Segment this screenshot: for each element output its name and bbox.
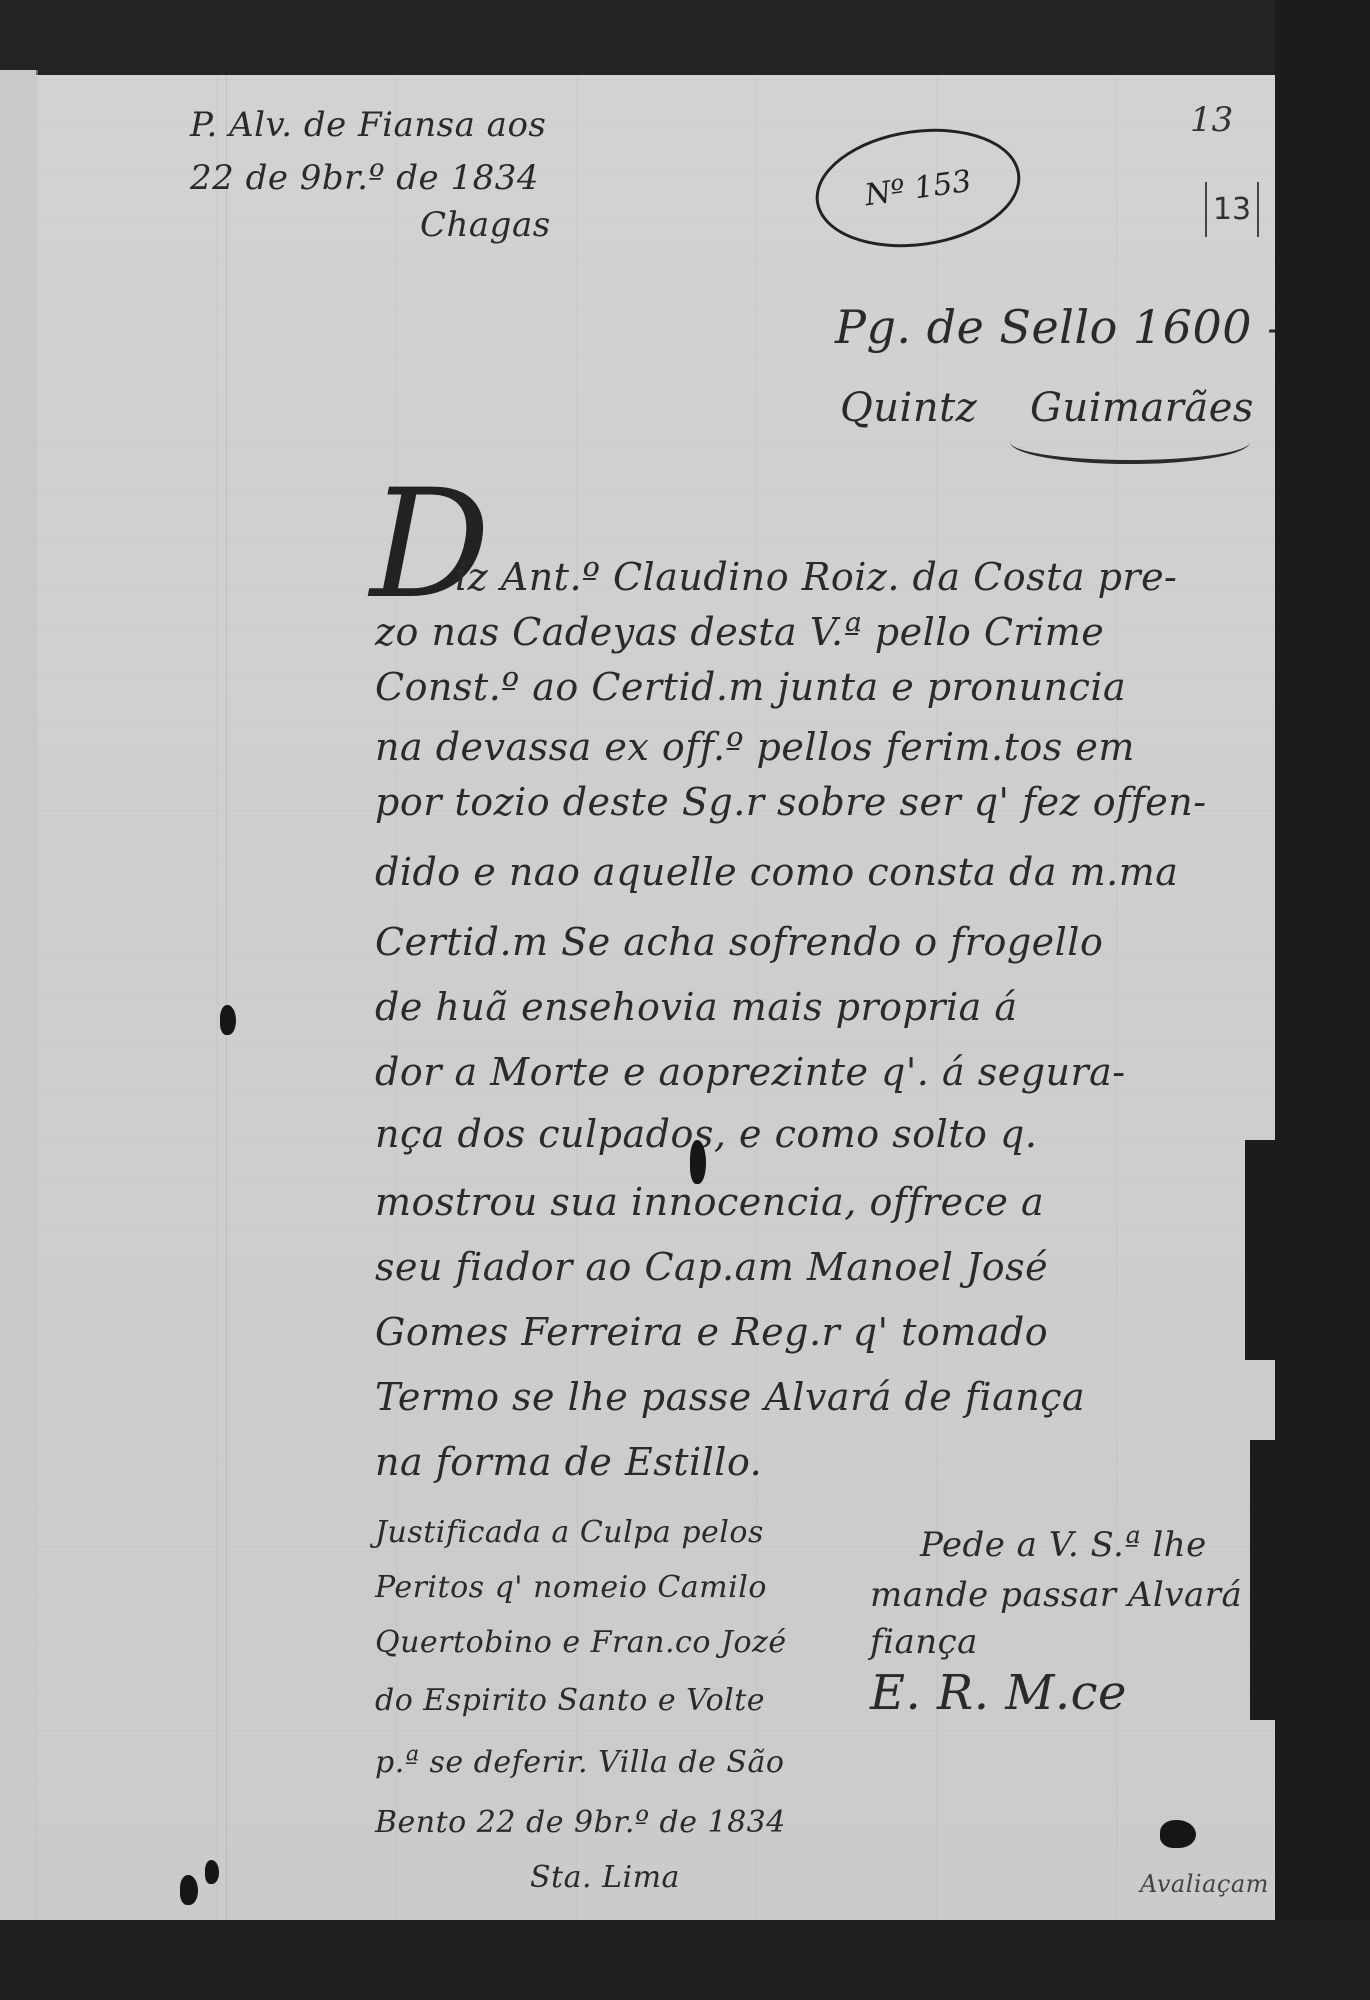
dispatch-line-4: do Espirito Santo e Volte (375, 1683, 765, 1718)
body-line-15: na forma de Estillo. (375, 1440, 762, 1484)
dispatch-line-3: Quertobino e Fran.co Jozé (375, 1625, 787, 1660)
body-line-2: zo nas Cadeyas desta V.ª pello Crime (375, 610, 1104, 654)
dispatch-line-2: Peritos q' nomeio Camilo (375, 1570, 767, 1605)
petition-close-line-3: fiança (870, 1622, 978, 1662)
top-left-note-line2: 22 de 9br.º de 1834 (190, 158, 539, 198)
body-line-4: na devassa ex off.º pellos ferim.tos em (375, 725, 1135, 769)
stamp-label: Nº 153 (863, 163, 974, 213)
body-line-1: iz Ant.º Claudino Roiz. da Costa pre- (455, 555, 1177, 599)
body-line-3: Const.º ao Certid.m junta e pronuncia (375, 665, 1126, 709)
bottom-right-signature: Avaliaçam (1140, 1870, 1269, 1898)
ink-blot (180, 1875, 198, 1905)
stamp-duty-quintz: Quintz (840, 385, 977, 431)
folio-number-handwritten: 13 (1190, 100, 1233, 140)
petition-close-line-1: Pede a V. S.ª lhe (920, 1525, 1207, 1565)
dispatch-line-1: Justificada a Culpa pelos (375, 1515, 764, 1550)
body-line-13: Gomes Ferreira e Reg.r q' tomado (375, 1310, 1048, 1354)
scan-frame-top (0, 0, 1370, 75)
folio-number-bracketed: 13 (1205, 182, 1259, 237)
torn-edge (1245, 1140, 1275, 1360)
dispatch-line-6: Bento 22 de 9br.º de 1834 (375, 1805, 786, 1840)
adjacent-page-edge (0, 70, 38, 1925)
signature-flourish (1010, 420, 1250, 464)
dispatch-signature: Sta. Lima (530, 1860, 680, 1895)
ink-blot (220, 1005, 236, 1035)
torn-edge (1250, 1440, 1275, 1720)
body-line-9: dor a Morte e aoprezinte q'. á segura- (375, 1050, 1126, 1094)
body-line-5: por tozio deste Sg.r sobre ser q' fez of… (375, 780, 1207, 824)
petition-close-line-2: mande passar Alvará de (870, 1575, 1297, 1615)
body-line-12: seu fiador ao Cap.am Manoel José (375, 1245, 1048, 1289)
ink-blot (1160, 1820, 1196, 1848)
body-line-14: Termo se lhe passe Alvará de fiança (375, 1375, 1085, 1419)
body-line-7: Certid.m Se acha sofrendo o frogello (375, 920, 1103, 964)
stamp-duty-line: Pg. de Sello 1600 – (835, 300, 1291, 354)
top-left-note-signature: Chagas (420, 205, 551, 245)
body-line-8: de huã ensehovia mais propria á (375, 985, 1018, 1029)
scan-frame-right (1275, 0, 1370, 2000)
ink-blot (690, 1140, 706, 1184)
body-line-6: dido e nao aquelle como consta da m.ma (375, 850, 1178, 894)
dispatch-line-5: p.ª se deferir. Villa de São (375, 1745, 784, 1780)
top-left-note-line1: P. Alv. de Fiansa aos (190, 105, 546, 145)
scan-frame-bottom (0, 1920, 1370, 2000)
body-line-11: mostrou sua innocencia, offrece a (375, 1180, 1044, 1224)
ink-blot (205, 1860, 219, 1884)
body-line-10: nça dos culpados, e como solto q. (375, 1112, 1037, 1156)
fold-line (226, 75, 227, 1920)
petition-closing-formula: E. R. M.ce (870, 1665, 1127, 1721)
